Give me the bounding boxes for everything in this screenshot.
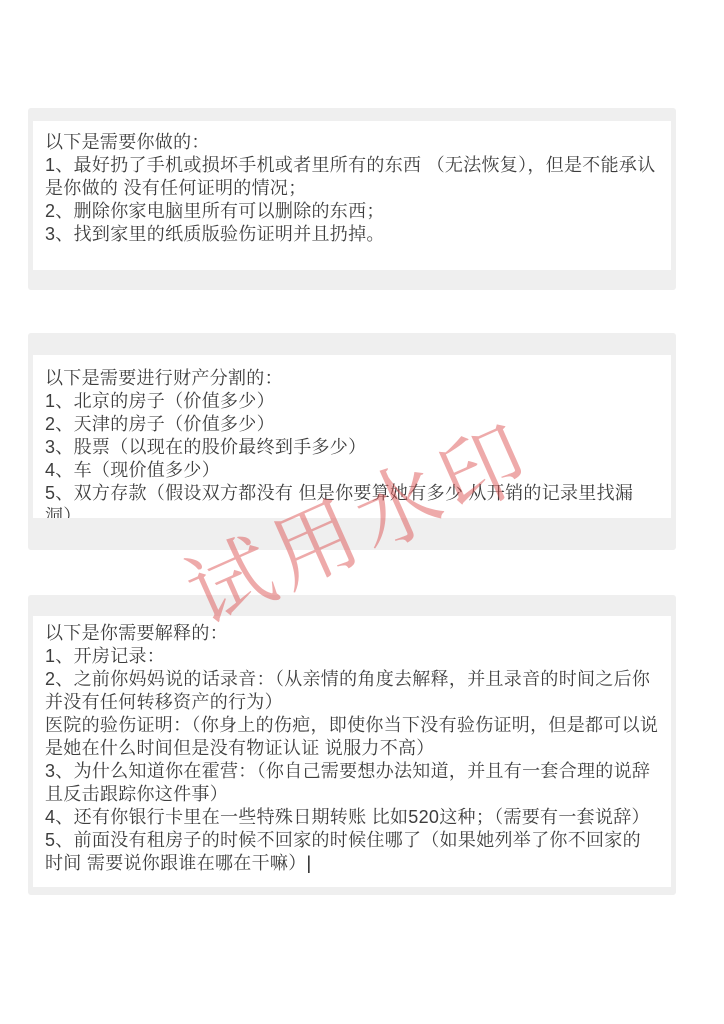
paragraph[interactable]: 2、之前你妈妈说的话录音：（从亲情的角度去解释，并且录音的时间之后你并没有任何转…: [45, 668, 659, 714]
note-block-property-split: 以下是需要进行财产分割的： 1、北京的房子（价值多少） 2、天津的房子（价值多少…: [28, 333, 676, 550]
note-card: 以下是需要你做的： 1、最好扔了手机或损坏手机或者里所有的东西 （无法恢复），但…: [33, 121, 671, 270]
paragraph[interactable]: 1、北京的房子（价值多少）: [45, 390, 659, 413]
note-block-explanations: 以下是你需要解释的： 1、开房记录： 2、之前你妈妈说的话录音：（从亲情的角度去…: [28, 595, 676, 895]
paragraph[interactable]: 5、双方存款（假设双方都没有 但是你要算她有多少 从开销的记录里找漏洞）: [45, 482, 659, 518]
paragraph[interactable]: 3、股票（以现在的股价最终到手多少）: [45, 436, 659, 459]
paragraph[interactable]: 2、天津的房子（价值多少）: [45, 413, 659, 436]
note-card: 以下是需要进行财产分割的： 1、北京的房子（价值多少） 2、天津的房子（价值多少…: [33, 355, 671, 518]
note-block-todo: 以下是需要你做的： 1、最好扔了手机或损坏手机或者里所有的东西 （无法恢复），但…: [28, 108, 676, 290]
paragraph[interactable]: 1、最好扔了手机或损坏手机或者里所有的东西 （无法恢复），但是不能承认是你做的 …: [45, 154, 659, 200]
paragraph[interactable]: 以下是你需要解释的：: [45, 622, 659, 645]
paragraph[interactable]: 3、找到家里的纸质版验伤证明并且扔掉。: [45, 223, 659, 246]
note-card: 以下是你需要解释的： 1、开房记录： 2、之前你妈妈说的话录音：（从亲情的角度去…: [33, 616, 671, 887]
paragraph[interactable]: 以下是需要你做的：: [45, 131, 659, 154]
paragraph[interactable]: 4、车（现价值多少）: [45, 459, 659, 482]
paragraph[interactable]: 4、还有你银行卡里在一些特殊日期转账 比如520这种；（需要有一套说辞）: [45, 806, 659, 829]
paragraph[interactable]: 以下是需要进行财产分割的：: [45, 367, 659, 390]
paragraph[interactable]: 医院的验伤证明：（你身上的伤疤，即使你当下没有验伤证明，但是都可以说是她在什么时…: [45, 714, 659, 760]
paragraph-text: 5、前面没有租房子的时候不回家的时候住哪了（如果她列举了你不回家的时间 需要说你…: [45, 830, 641, 873]
document-page: 以下是需要你做的： 1、最好扔了手机或损坏手机或者里所有的东西 （无法恢复），但…: [0, 0, 724, 1024]
paragraph[interactable]: 1、开房记录：: [45, 645, 659, 668]
paragraph[interactable]: 5、前面没有租房子的时候不回家的时候住哪了（如果她列举了你不回家的时间 需要说你…: [45, 829, 659, 875]
paragraph[interactable]: 3、为什么知道你在霍营：（你自己需要想办法知道，并且有一套合理的说辞且反击跟踪你…: [45, 760, 659, 806]
text-cursor: |: [307, 853, 312, 873]
paragraph[interactable]: 2、删除你家电脑里所有可以删除的东西；: [45, 200, 659, 223]
